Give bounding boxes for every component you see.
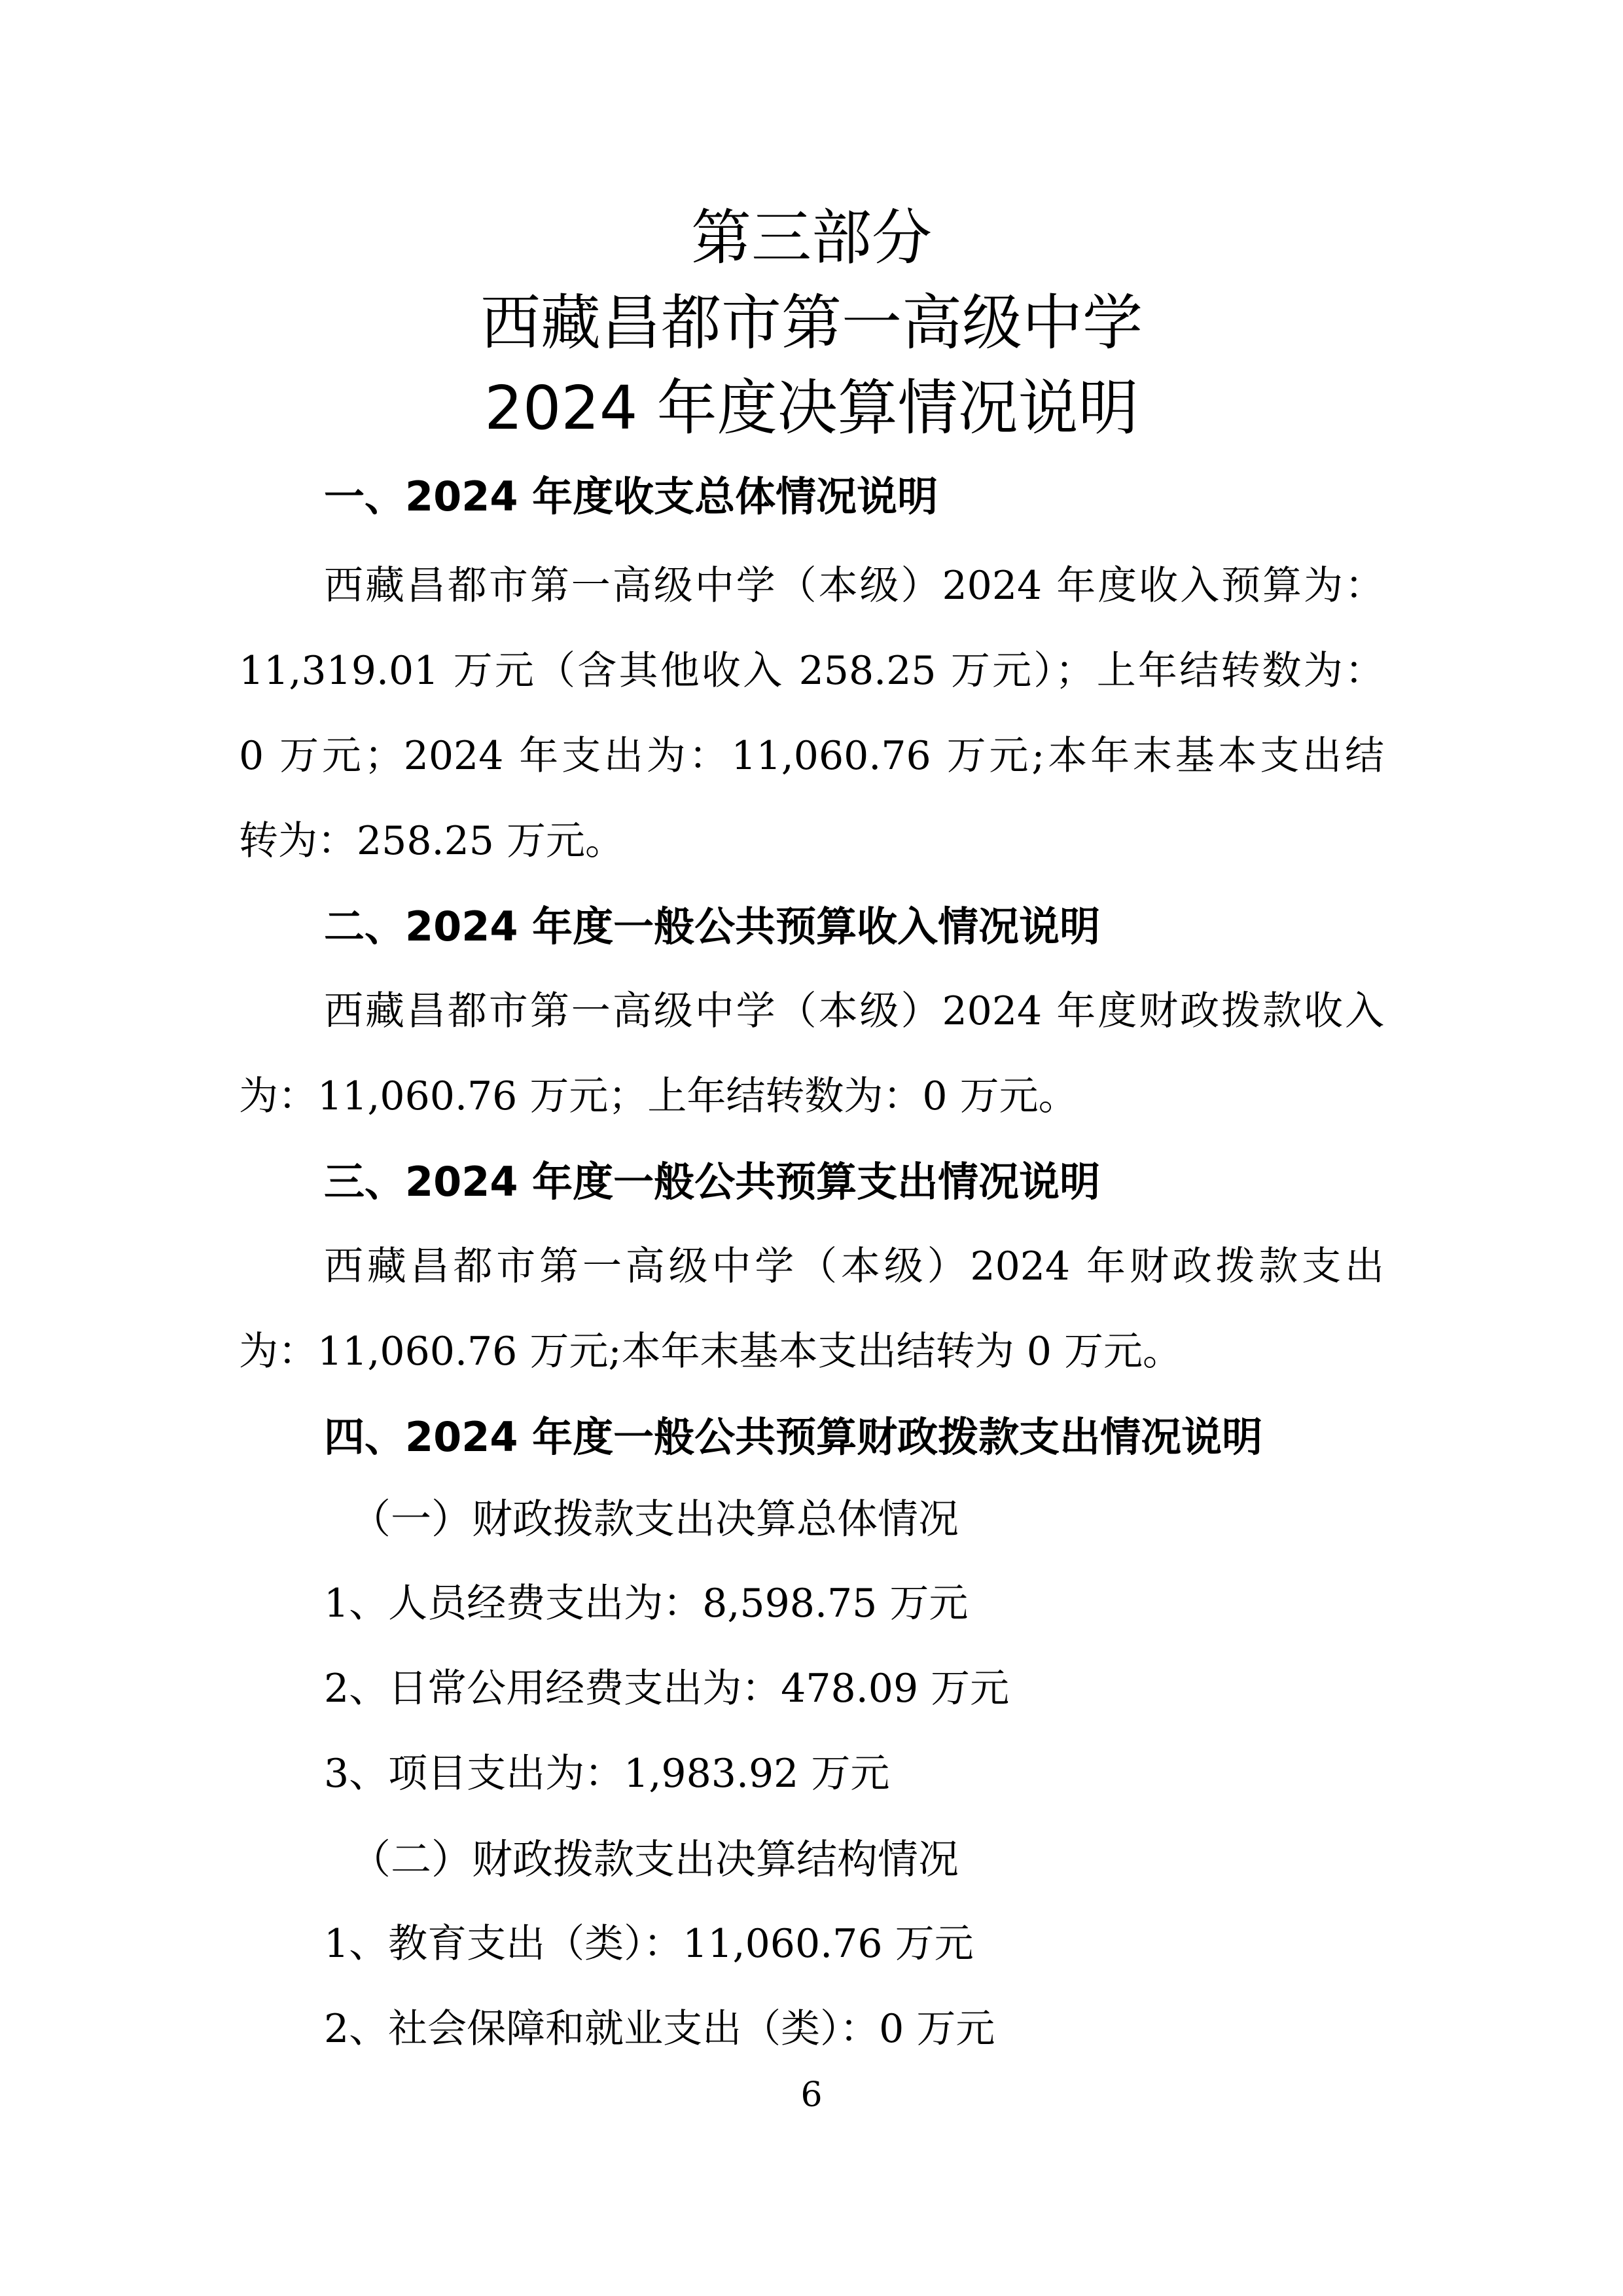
section-2-line-2: 为：11,060.76 万元；上年结转数为：0 万元。 [239, 1077, 1078, 1116]
document-page: 第三部分 西藏昌都市第一高级中学 2024 年度决算情况说明 一、2024 年度… [0, 0, 1623, 2296]
report-title: 2024 年度决算情况说明 [0, 378, 1623, 439]
part-title: 第三部分 [0, 208, 1623, 268]
section-2-line-1: 西藏昌都市第一高级中学（本级）2024 年度财政拨款收入 [324, 992, 1384, 1031]
school-title: 西藏昌都市第一高级中学 [0, 293, 1623, 353]
section-1-line-2: 11,319.01 万元（含其他收入 258.25 万元）；上年结转数为： [239, 651, 1384, 691]
section-2-heading: 二、2024 年度一般公共预算收入情况说明 [324, 906, 1100, 947]
subsection-1-heading: （一）财政拨款支出决算总体情况 [350, 1499, 959, 1539]
subsection-1-item-1: 1、人员经费支出为：8,598.75 万元 [324, 1584, 968, 1623]
section-3-heading: 三、2024 年度一般公共预算支出情况说明 [324, 1162, 1100, 1202]
subsection-2-item-2: 2、社会保障和就业支出（类）：0 万元 [324, 2009, 995, 2049]
section-1-line-3: 0 万元；2024 年支出为：11,060.76 万元;本年末基本支出结 [239, 736, 1384, 776]
section-1-line-4: 转为：258.25 万元。 [239, 821, 624, 861]
section-3-line-2: 为：11,060.76 万元;本年末基本支出结转为 0 万元。 [239, 1332, 1182, 1371]
section-1-heading: 一、2024 年度收支总体情况说明 [324, 476, 938, 517]
subsection-2-item-1: 1、教育支出（类）：11,060.76 万元 [324, 1924, 974, 1964]
section-4-heading: 四、2024 年度一般公共预算财政拨款支出情况说明 [324, 1417, 1262, 1458]
subsection-1-item-3: 3、项目支出为：1,983.92 万元 [324, 1754, 889, 1793]
subsection-2-heading: （二）财政拨款支出决算结构情况 [350, 1839, 959, 1880]
subsection-1-item-2: 2、日常公用经费支出为：478.09 万元 [324, 1669, 1009, 1708]
section-3-line-1: 西藏昌都市第一高级中学（本级）2024 年财政拨款支出 [324, 1247, 1384, 1286]
page-number: 6 [0, 2078, 1623, 2112]
section-1-line-1: 西藏昌都市第一高级中学（本级）2024 年度收入预算为： [324, 566, 1384, 605]
